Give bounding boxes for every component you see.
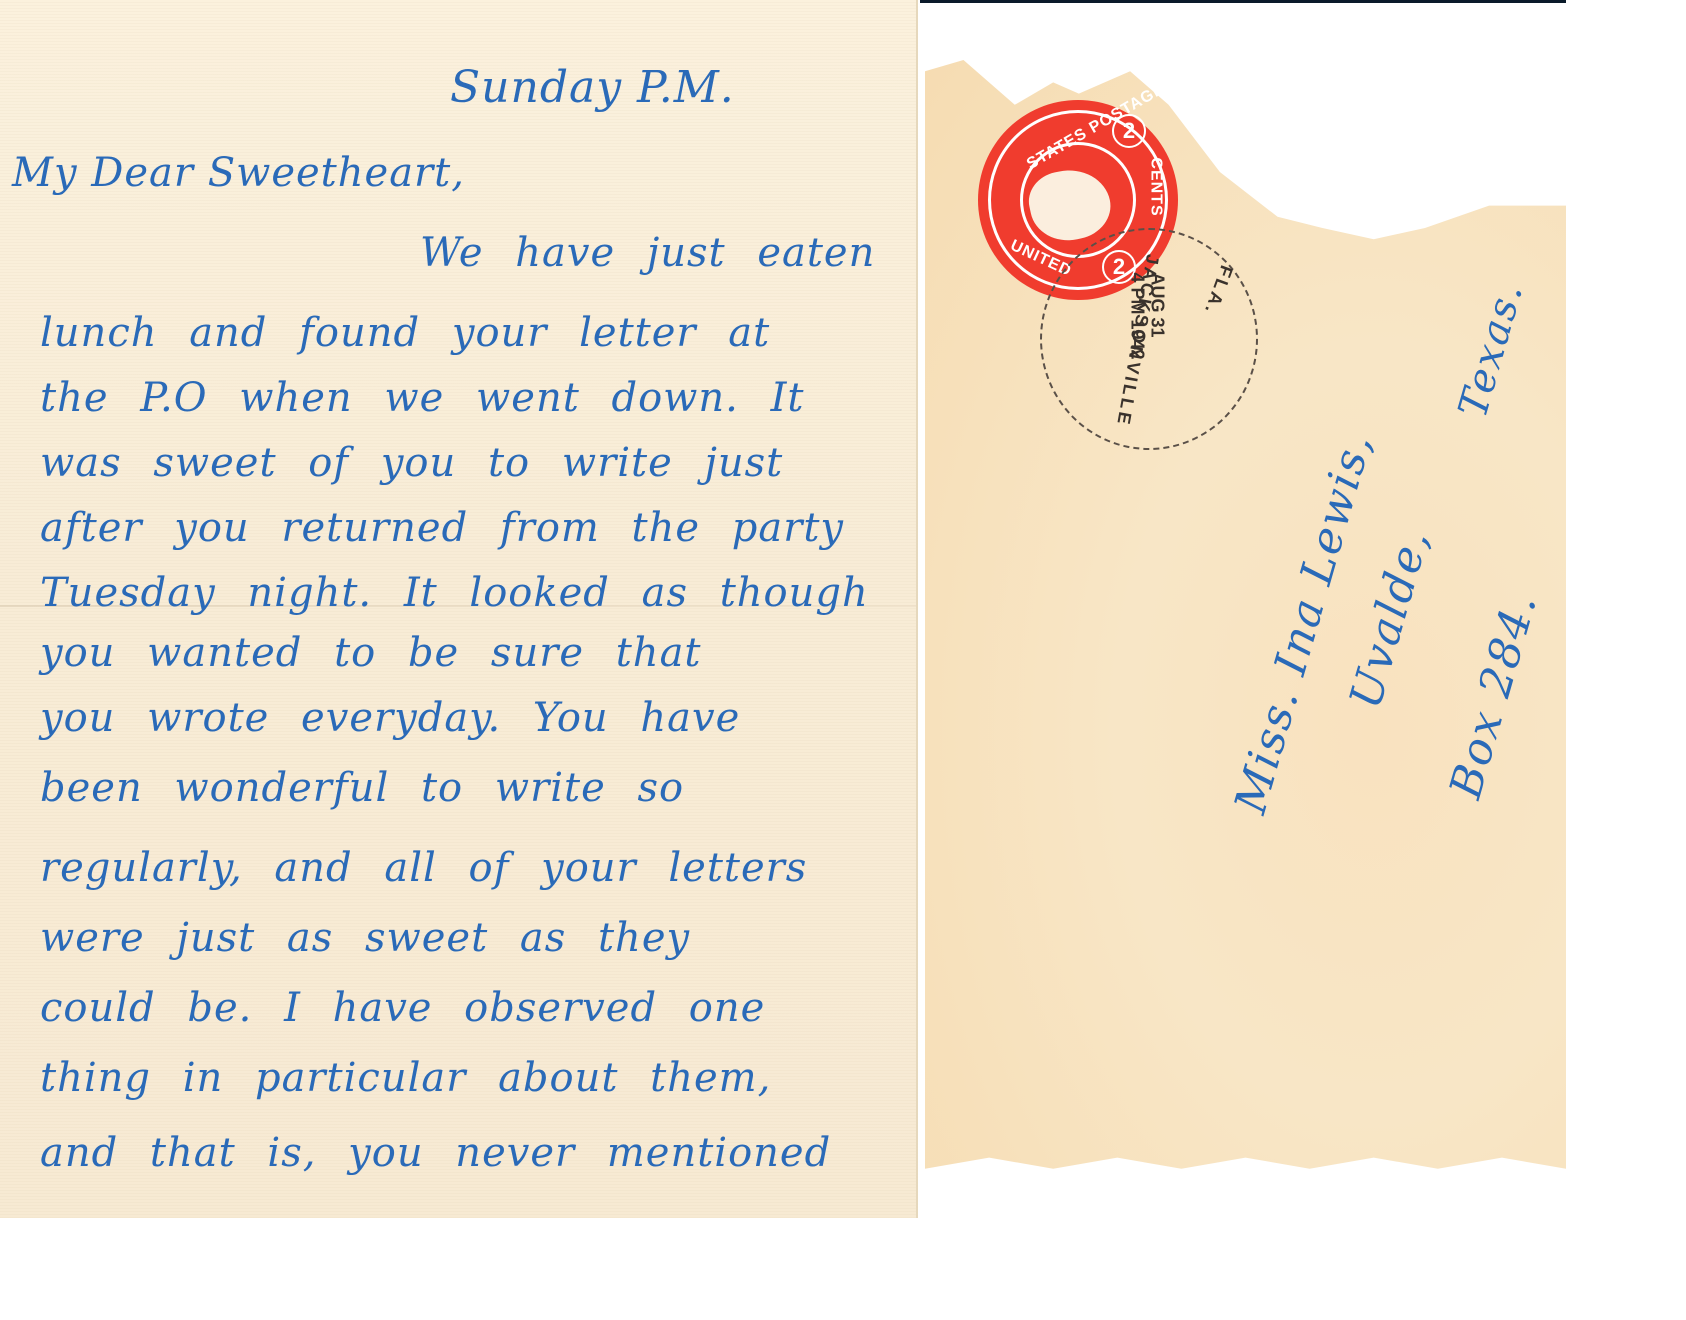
- postmark-time: 4 PM: [1128, 272, 1148, 314]
- letter-line: were just as sweet as they: [40, 915, 690, 961]
- letter-line: and that is, you never mentioned: [40, 1130, 831, 1176]
- letter-line: thing in particular about them,: [40, 1055, 771, 1101]
- letter-line: after you returned from the party: [40, 505, 844, 551]
- postmark-month: AUG: [1148, 272, 1168, 312]
- postmark-day: 31: [1148, 317, 1168, 337]
- letter-line: was sweet of you to write just: [40, 440, 783, 486]
- letter-line: Tuesday night. It looked as though: [40, 570, 869, 616]
- letter-line: you wanted to be sure that: [40, 630, 702, 676]
- letter-line: lunch and found your letter at: [40, 310, 770, 356]
- letter-line: could be. I have observed one: [40, 985, 765, 1031]
- letter-line: been wonderful to write so: [40, 765, 684, 811]
- postmark-state: FLA.: [1199, 262, 1237, 318]
- letter-salutation: My Dear Sweetheart,: [12, 150, 465, 196]
- letter-line: regularly, and all of your letters: [40, 845, 807, 891]
- postmark-date: AUG 31 4 PM 1942: [1128, 272, 1168, 359]
- letter-line: We have just eaten: [420, 230, 875, 276]
- stamp-text-right: CENTS: [1147, 157, 1165, 216]
- scan-top-edge: [920, 0, 1566, 3]
- postmark-year: 1942: [1128, 319, 1148, 359]
- stamp-denomination: 2: [1112, 114, 1146, 148]
- letter-dateline: Sunday P.M.: [450, 62, 735, 113]
- letter-line: you wrote everyday. You have: [40, 695, 740, 741]
- handwritten-letter: Sunday P.M. My Dear Sweetheart, We have …: [0, 0, 918, 1218]
- postmark: JACKSONVILLE FLA. AUG 31 4 PM 1942: [1040, 228, 1258, 450]
- letter-line: the P.O when we went down. It: [40, 375, 804, 421]
